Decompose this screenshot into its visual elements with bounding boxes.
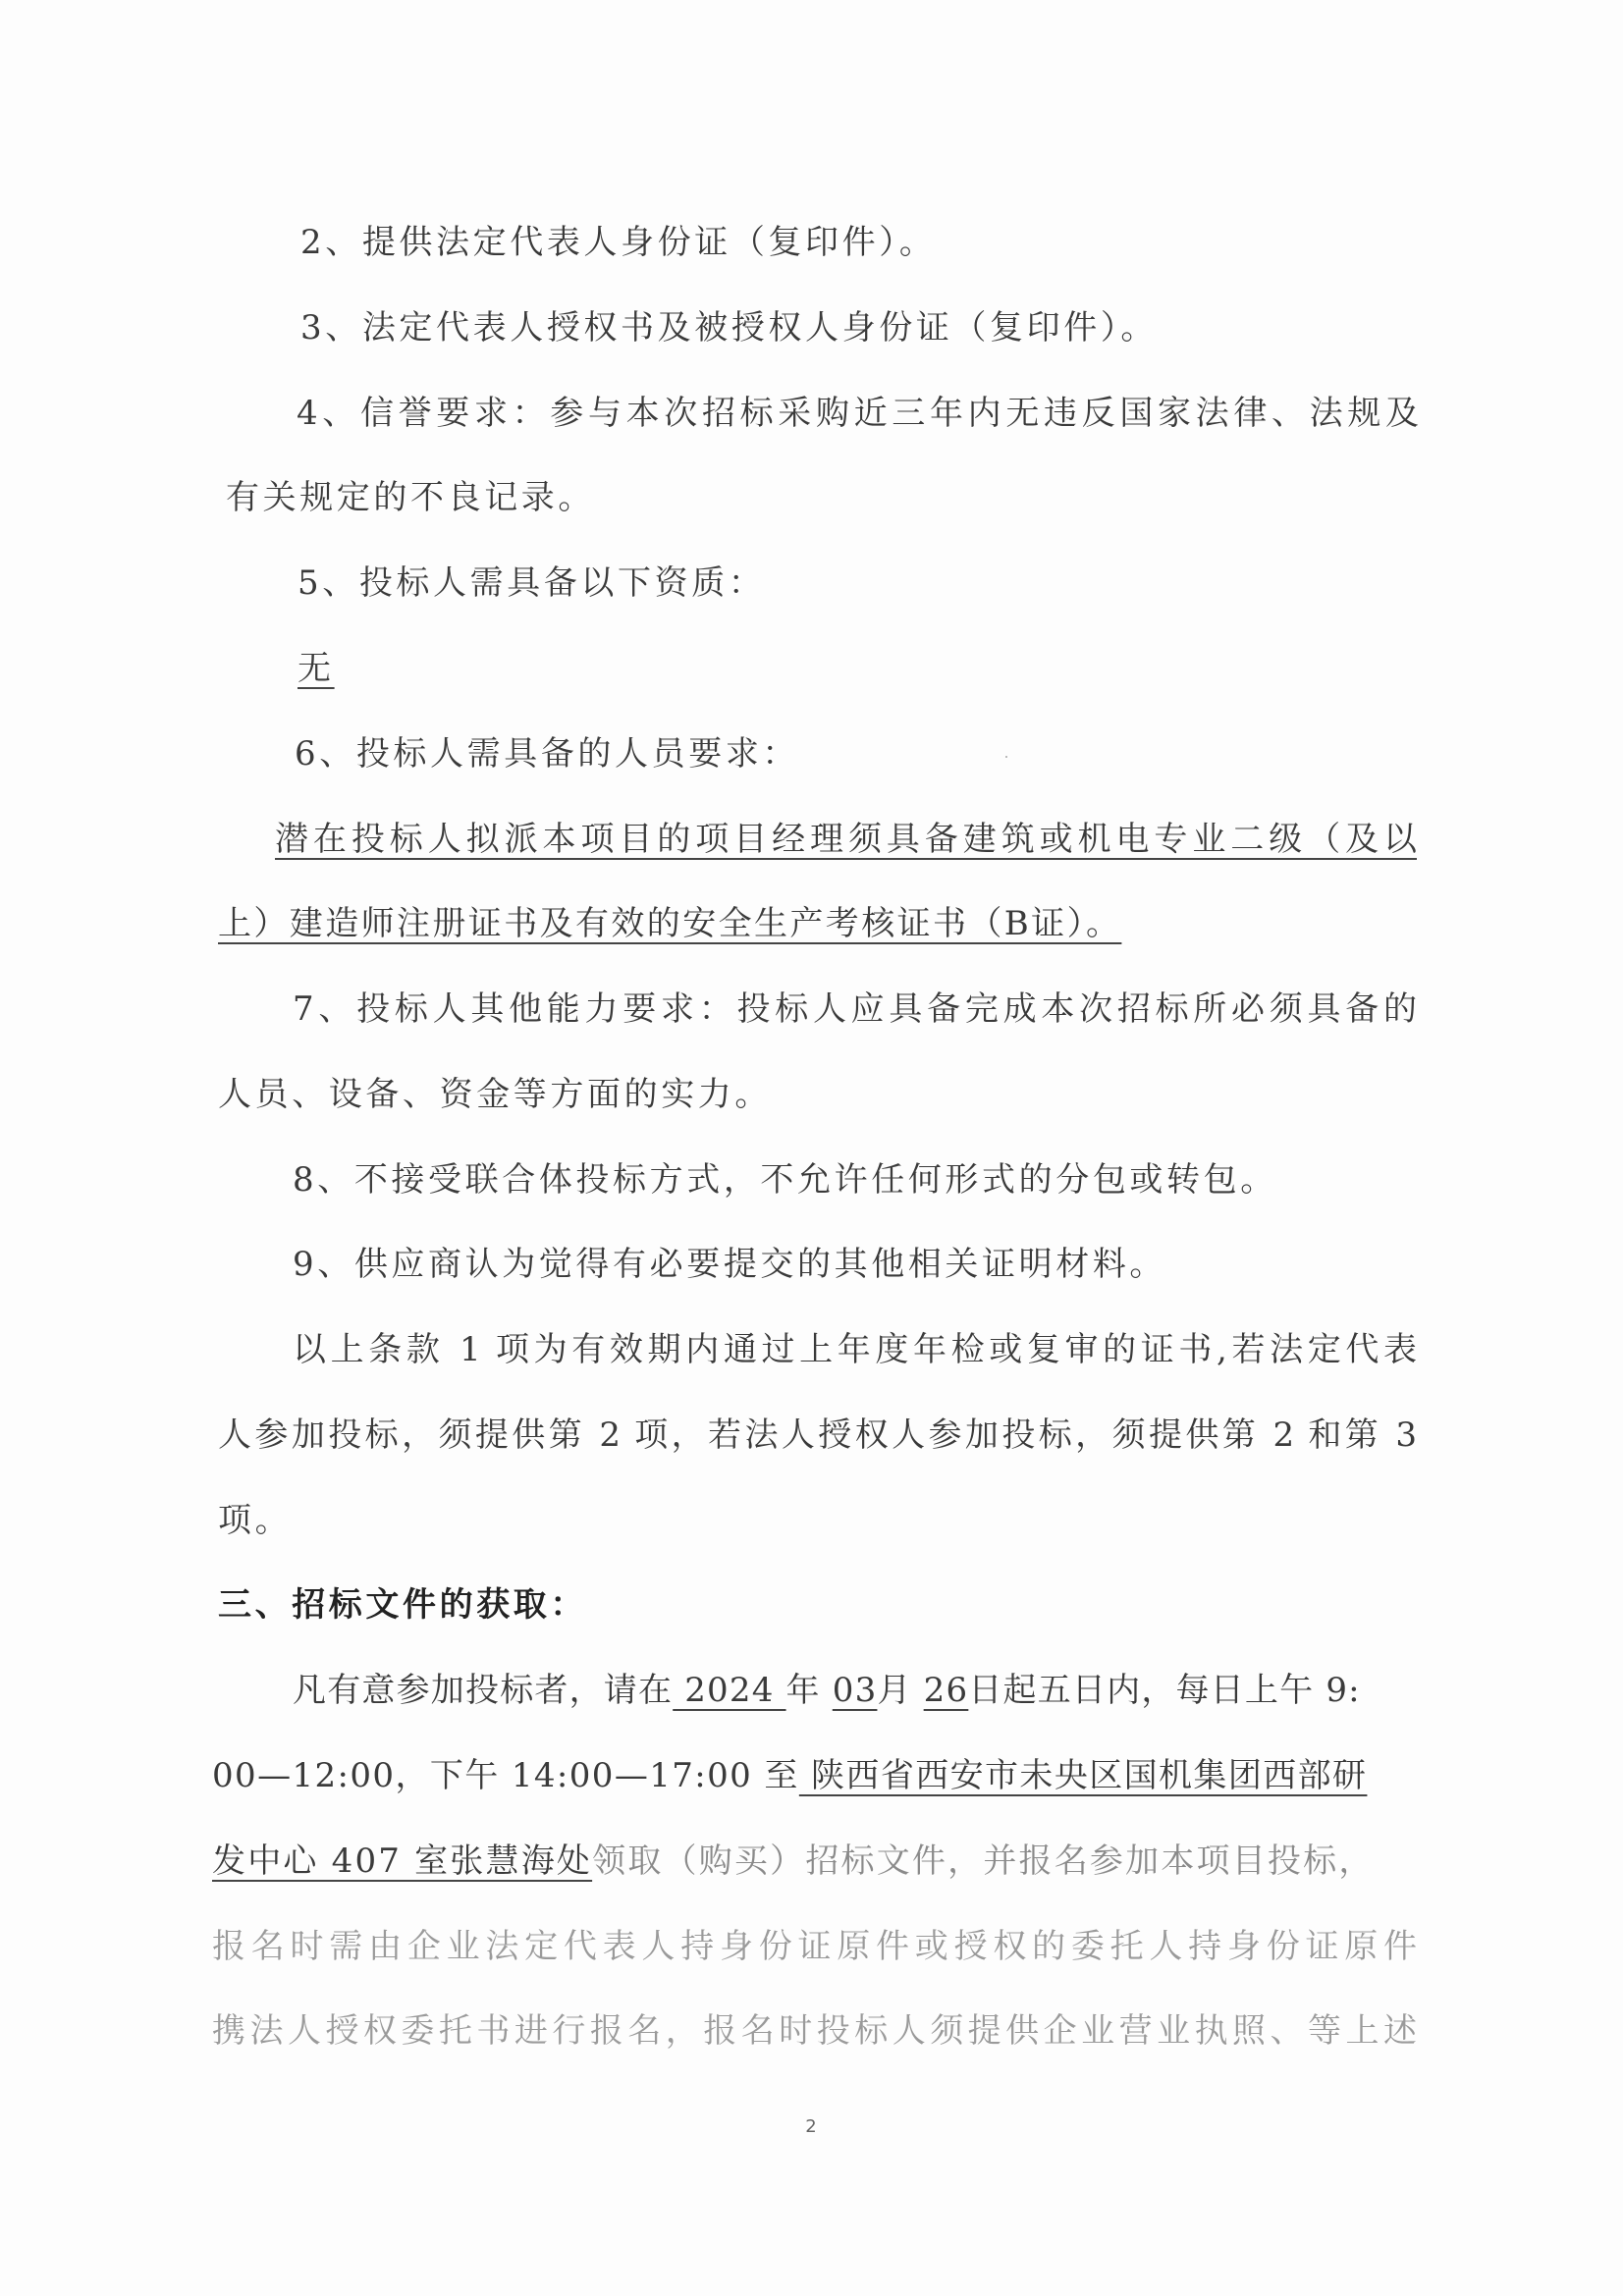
- item-8-no-consortium: 8、不接受联合体投标方式，不允许任何形式的分包或转包。: [293, 1155, 1277, 1204]
- obtain-text-register: 领取（购买）招标文件，并报名参加本项目投标，: [592, 1842, 1374, 1881]
- start-year: 2024: [673, 1671, 785, 1710]
- personnel-requirement-line-2: 上）建造师注册证书及有效的安全生产考核证书（B证）。: [218, 899, 1121, 948]
- note-line-2: 人参加投标，须提供第 2 项，若法人授权人参加投标，须提供第 2 和第 3: [218, 1411, 1417, 1460]
- obtain-text-b: 年: [786, 1671, 821, 1710]
- obtain-line-3: 发中心 407 室张慧海处领取（购买）招标文件，并报名参加本项目投标，: [212, 1837, 1375, 1886]
- item-6-personnel: 6、投标人需具备的人员要求：: [295, 729, 799, 778]
- note-line-1: 以上条款 1 项为有效期内通过上年度年检或复审的证书,若法定代表: [293, 1325, 1417, 1374]
- page-number: 2: [801, 2116, 821, 2137]
- obtain-address-part-1: 陕西省西安市未央区国机集团西部研: [799, 1756, 1368, 1795]
- start-day: 26: [924, 1671, 969, 1710]
- obtain-text-c: 月: [877, 1671, 911, 1710]
- obtain-text-d: 日起五日内，每日上午 9:: [968, 1671, 1361, 1710]
- obtain-line-5: 携法人授权委托书进行报名，报名时投标人须提供企业营业执照、等上述: [212, 2006, 1417, 2056]
- obtain-text-a: 凡有意参加投标者，请在: [293, 1671, 673, 1710]
- obtain-hours: 00—12:00，下午 14:00—17:00 至: [212, 1756, 799, 1795]
- obtain-address-part-2: 发中心 407 室张慧海处: [212, 1842, 592, 1881]
- scan-speck: [1005, 756, 1007, 758]
- start-month: 03: [833, 1671, 878, 1710]
- personnel-requirement-line-1: 潜在投标人拟派本项目的项目经理须具备建筑或机电专业二级（及以: [275, 815, 1417, 864]
- item-9-other-materials: 9、供应商认为觉得有必要提交的其他相关证明材料。: [293, 1240, 1166, 1289]
- item-4-continuation: 有关规定的不良记录。: [226, 473, 595, 522]
- item-4-reputation: 4、信誉要求：参与本次招标采购近三年内无违反国家法律、法规及: [297, 389, 1419, 438]
- note-line-3: 项。: [218, 1496, 292, 1545]
- obtain-line-4: 报名时需由企业法定代表人持身份证原件或授权的委托人持身份证原件: [212, 1922, 1417, 1971]
- obtain-line-1: 凡有意参加投标者，请在 2024 年 03月 26日起五日内，每日上午 9:: [293, 1666, 1361, 1715]
- item-2-id-copy: 2、提供法定代表人身份证（复印件）。: [300, 218, 936, 267]
- section-heading-obtain-documents: 三、招标文件的获取：: [218, 1580, 587, 1629]
- item-7-capability: 7、投标人其他能力要求：投标人应具备完成本次招标所必须具备的: [293, 985, 1417, 1034]
- document-page: 2、提供法定代表人身份证（复印件）。 3、法定代表人授权书及被授权人身份证（复印…: [0, 0, 1623, 2296]
- obtain-line-2: 00—12:00，下午 14:00—17:00 至 陕西省西安市未央区国机集团西…: [212, 1751, 1367, 1800]
- item-5-qualification: 5、投标人需具备以下资质：: [298, 559, 765, 608]
- item-7-continuation: 人员、设备、资金等方面的实力。: [218, 1070, 772, 1119]
- item-3-authorization: 3、法定代表人授权书及被授权人身份证（复印件）。: [300, 303, 1158, 352]
- qualification-value: 无: [298, 644, 335, 693]
